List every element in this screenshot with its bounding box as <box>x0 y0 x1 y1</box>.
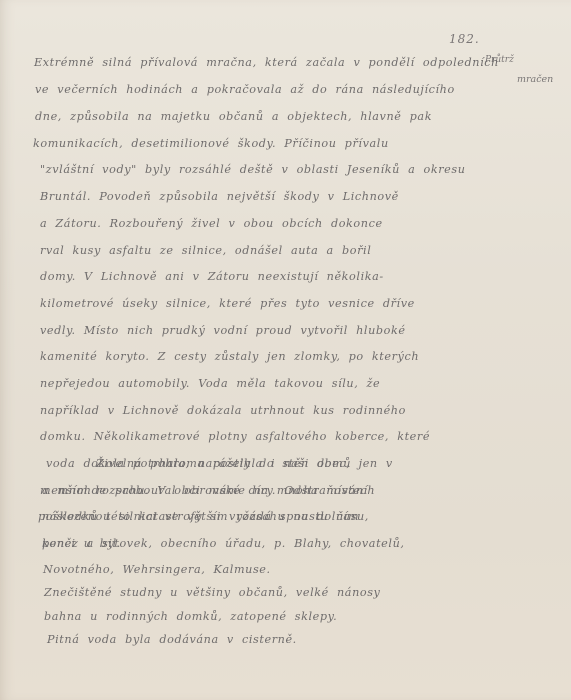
text-line: komunikacích, desetimilionové škody. Pří… <box>33 137 389 150</box>
text-line: Novotného, Wehrsingera, Kalmuse. <box>43 563 271 576</box>
document-page: 182. mračen Průtrž Extrémně silná příval… <box>0 0 571 700</box>
text-line: poškozenou silnici ve větším rozsahu na … <box>38 510 359 523</box>
text-line: Živelná pohroma postihla i naši obec, je… <box>96 457 393 470</box>
margin-note: mračen <box>517 74 553 85</box>
text-line: kilometrové úseky silnice, které přes ty… <box>40 297 415 310</box>
text-line: nepřejedou automobily. Voda měla takovou… <box>40 377 380 390</box>
text-line: bahna u rodinných domků, zatopené sklepy… <box>44 610 337 623</box>
text-line: rval kusy asfaltu ze silnice, odnášel au… <box>40 244 371 257</box>
text-line: Pitná voda byla dodávána v cisterně. <box>47 633 297 646</box>
text-line: "zvláštní vody" byly rozsáhlé deště v ob… <box>40 163 466 176</box>
text-line: domku. Několikametrové plotny asfaltovéh… <box>40 430 430 443</box>
text-line: kamenité koryto. Z cesty zůstaly jen zlo… <box>40 350 419 363</box>
text-line: dne, způsobila na majetku občanů a objek… <box>35 110 432 123</box>
text-line: například v Lichnově dokázala utrhnout k… <box>40 404 406 417</box>
text-line: konci u bytovek, obecního úřadu, p. Blah… <box>42 537 405 550</box>
text-line: a Zátoru. Rozbouřený živel v obou obcích… <box>40 217 383 230</box>
text-line: Znečištěné studny u většiny občanů, velk… <box>44 586 380 599</box>
text-line: Extrémně silná přívalová mračna, která z… <box>34 56 499 69</box>
text-line: vedly. Místo nich prudký vodní proud vyt… <box>40 324 406 337</box>
text-line: menším rozsahu. V obci máme na mnoha mís… <box>40 484 375 497</box>
page-number: 182. <box>449 32 480 46</box>
text-line: ve večerních hodinách a pokračovala až d… <box>35 83 455 96</box>
text-line: Bruntál. Povodeň způsobila největší škod… <box>40 190 399 203</box>
text-line: domy. V Lichnově ani v Zátoru neexistují… <box>40 270 384 283</box>
